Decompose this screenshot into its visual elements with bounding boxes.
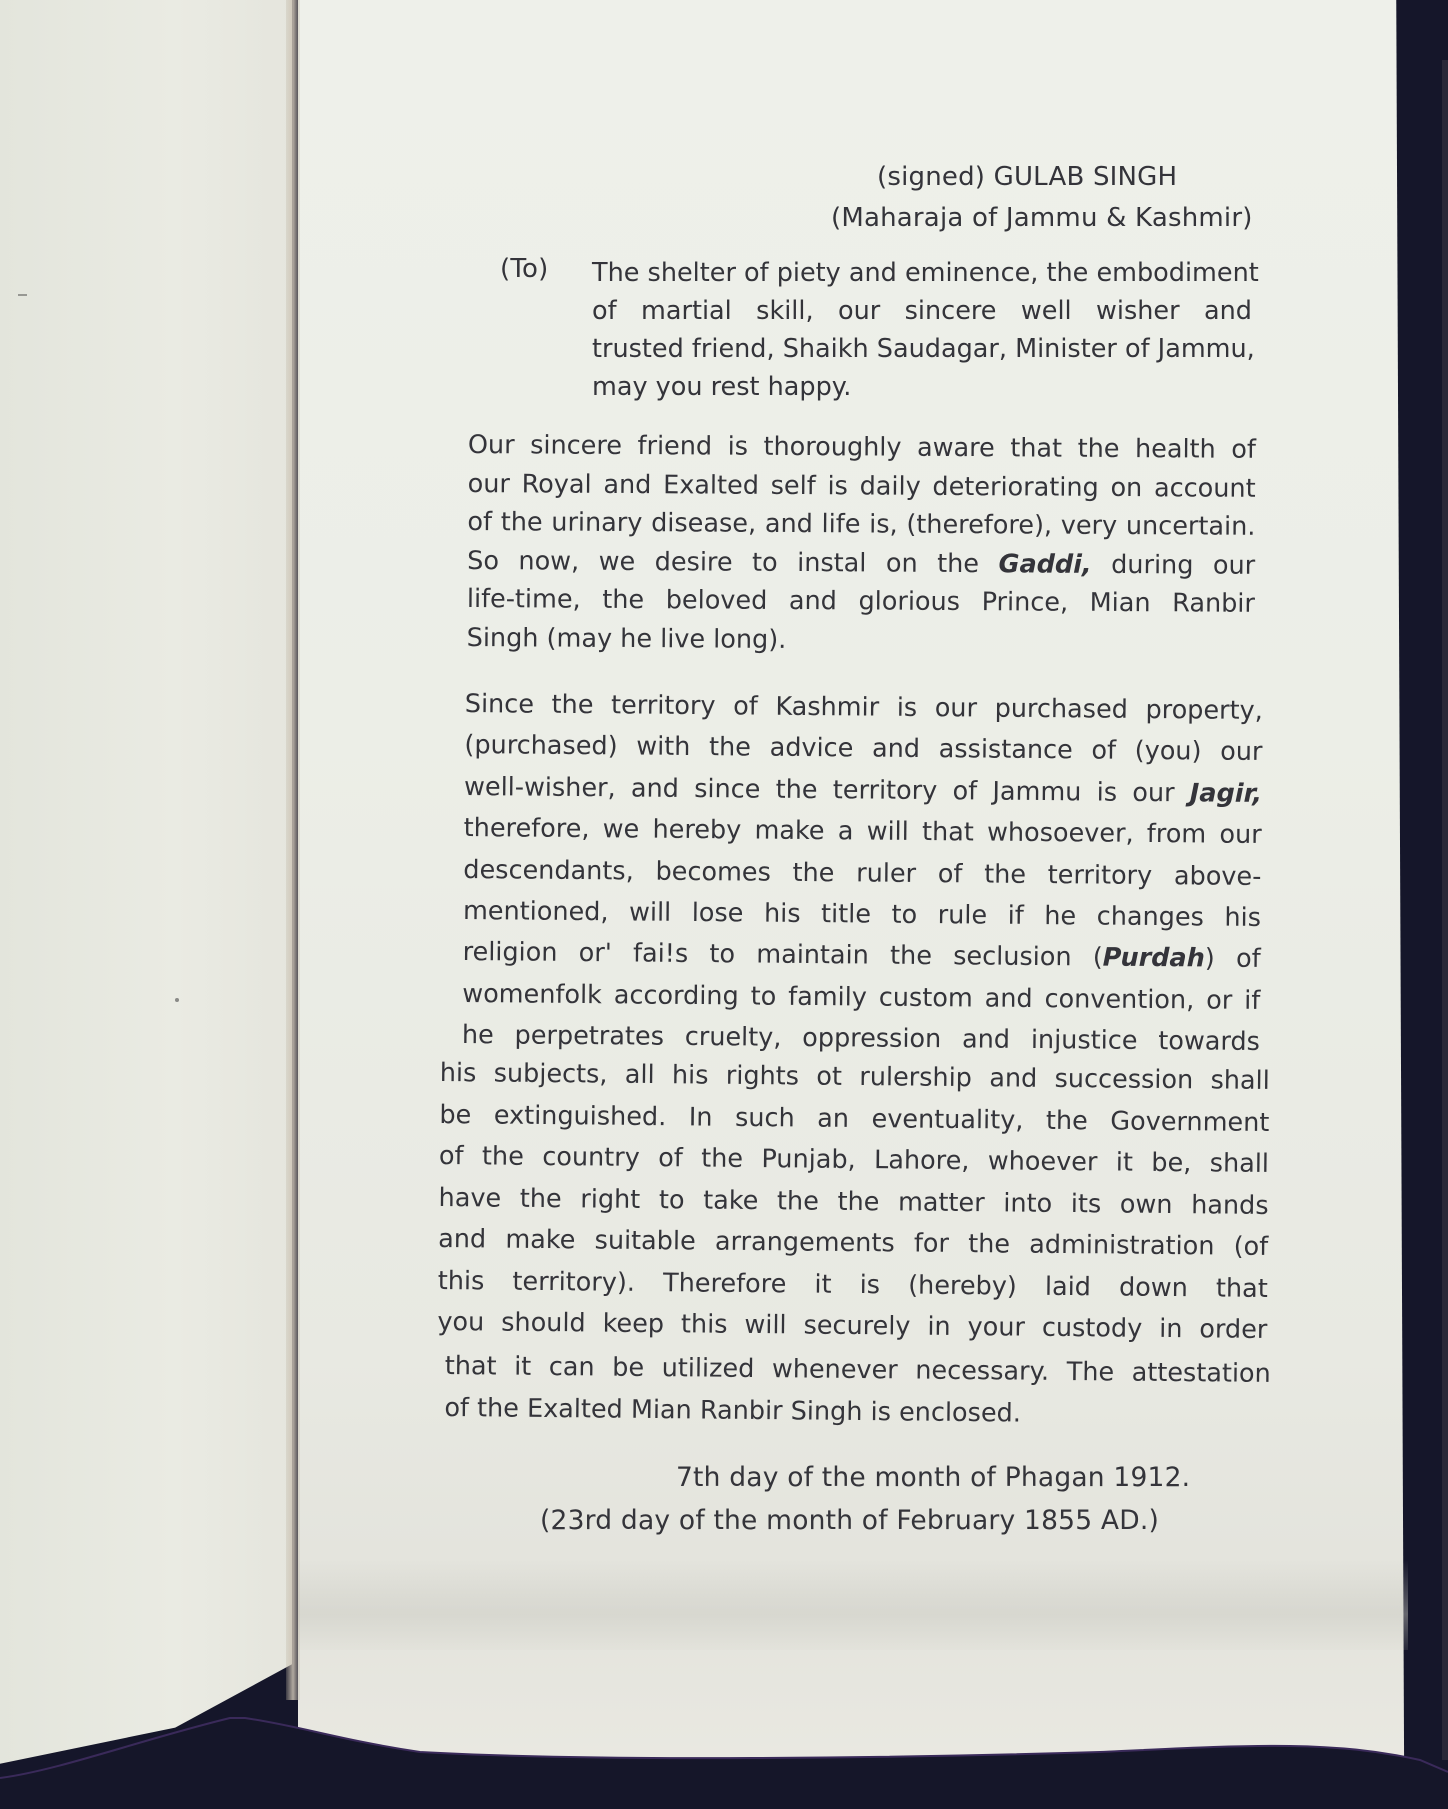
paragraph-line: mentioned, will lose his title to rule i…: [463, 891, 1261, 939]
address-label: (To): [500, 254, 548, 284]
paragraph-line: of the country of the Punjab, Lahore, wh…: [439, 1136, 1269, 1185]
book-photo: (signed) GULAB SINGH (Maharaja of Jammu …: [0, 0, 1448, 1809]
paragraph-line: you should keep this will securely in yo…: [437, 1302, 1267, 1351]
paragraph-health: Our sincere friend is thoroughly aware t…: [467, 426, 1256, 662]
term-gaddi: Gaddi,: [998, 549, 1091, 580]
date-gregorian: (23rd day of the month of February 1855 …: [540, 1505, 1159, 1536]
paragraph-line: So now, we desire to instal on the Gaddi…: [467, 542, 1255, 585]
paragraph-line: descendants, becomes the ruler of the te…: [463, 850, 1261, 898]
paragraph-line: therefore, we hereby make a will that wh…: [464, 808, 1262, 856]
paragraph-line: religion or' fai!s to maintain the seclu…: [462, 932, 1260, 980]
address-line: trusted friend, Shaikh Saudagar, Ministe…: [592, 330, 1252, 368]
paragraph-line: Singh (may he live long).: [467, 619, 1255, 662]
paragraph-line: womenfolk according to family custom and…: [462, 974, 1260, 1022]
signature-title: (Maharaja of Jammu & Kashmir): [831, 203, 1253, 233]
paragraph-will: Since the territory of Kashmir is our pu…: [462, 684, 1263, 1064]
date-local: 7th day of the month of Phagan 1912.: [676, 1462, 1190, 1493]
signature-name: (signed) GULAB SINGH: [877, 162, 1177, 192]
page-shadow: [298, 1560, 1408, 1650]
paragraph-line: well-wisher, and since the territory of …: [464, 767, 1262, 815]
paragraph-line: and make suitable arrangements for the a…: [438, 1219, 1268, 1268]
term-purdah: Purdah: [1103, 943, 1205, 974]
paragraph-will-cont: his subjects, all his rights ot rulershi…: [437, 1053, 1270, 1351]
paragraph-line: Our sincere friend is thoroughly aware t…: [468, 426, 1256, 469]
paragraph-line: of the Exalted Mian Ranbir Singh is encl…: [444, 1387, 1270, 1437]
paragraph-line: his subjects, all his rights ot rulershi…: [440, 1053, 1270, 1102]
address-line: may you rest happy.: [592, 368, 1252, 406]
paragraph-line: life-time, the beloved and glorious Prin…: [467, 580, 1255, 623]
page-edge: [1442, 60, 1448, 1760]
paragraph-line: (purchased) with the advice and assistan…: [464, 725, 1262, 773]
term-jagir: Jagir,: [1190, 778, 1262, 809]
address-line: The shelter of piety and eminence, the e…: [592, 254, 1252, 292]
stray-mark: [18, 294, 27, 296]
book-gutter: [286, 0, 300, 1700]
paragraph-will-end: that it can be utilized whenever necessa…: [444, 1345, 1271, 1437]
stray-mark: [175, 998, 179, 1002]
paragraph-line: of the urinary disease, and life is, (th…: [467, 503, 1255, 546]
left-page: [0, 0, 292, 1809]
paragraph-line: our Royal and Exalted self is daily dete…: [468, 465, 1256, 508]
paragraph-line: Since the territory of Kashmir is our pu…: [465, 684, 1263, 732]
address-line: of martial skill, our sincere well wishe…: [592, 292, 1252, 330]
address-block: The shelter of piety and eminence, the e…: [592, 254, 1252, 406]
